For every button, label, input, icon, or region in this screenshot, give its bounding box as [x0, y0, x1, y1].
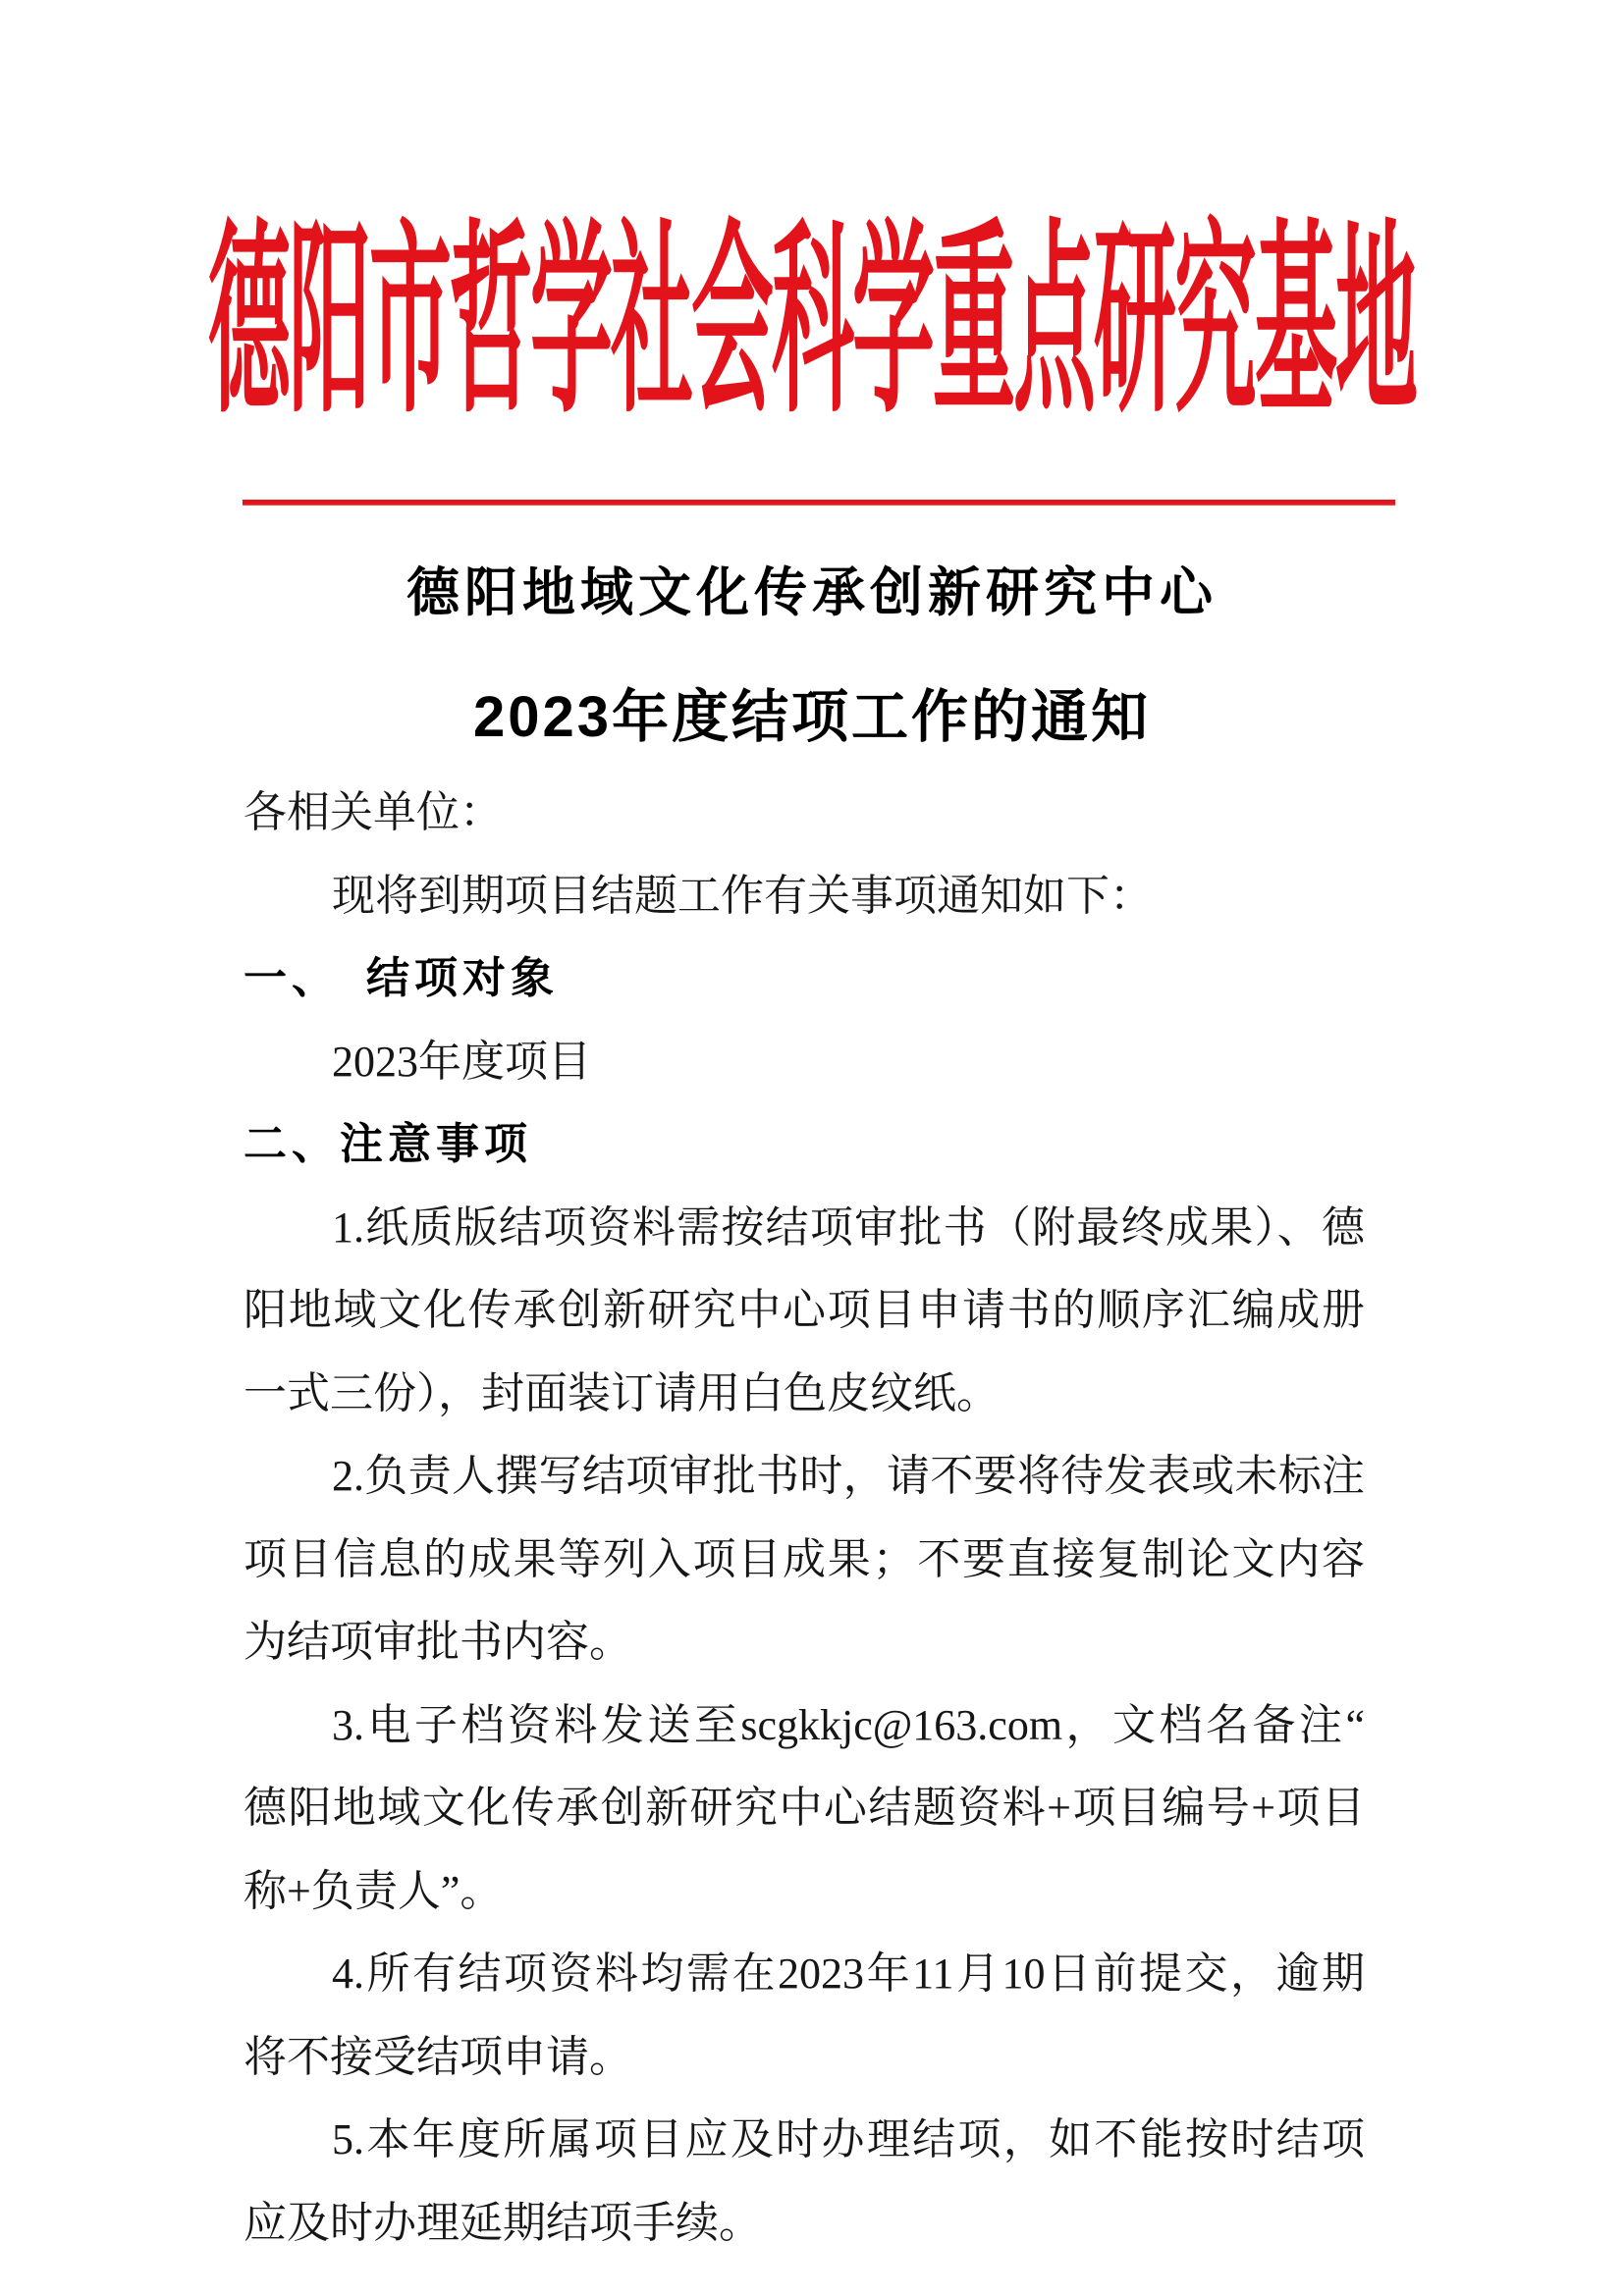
- item2-line3: 为结项审批书内容。: [244, 1601, 1365, 1684]
- item2-line2: 项目信息的成果等列入项目成果；不要直接复制论文内容作: [244, 1519, 1365, 1602]
- item1-line3: 一式三份），封面装订请用白色皮纹纸。: [244, 1353, 1365, 1436]
- notice-title-line1: 德阳地域文化传承创新研究中心: [0, 565, 1624, 620]
- organization-banner: 德阳市哲学社会科学重点研究基地: [0, 218, 1624, 424]
- item5-line1: 5.本年度所属项目应及时办理结项，如不能按时结项的，: [244, 2099, 1365, 2182]
- item1-line2: 阳地域文化传承创新研究中心项目申请书的顺序汇编成册（: [244, 1269, 1365, 1353]
- item4-line2: 将不接受结项申请。: [244, 2016, 1365, 2100]
- document-page: 德阳市哲学社会科学重点研究基地 德阳地域文化传承创新研究中心 2023年度结项工…: [0, 0, 1624, 2296]
- item1-line1: 1.纸质版结项资料需按结项审批书（附最终成果）、德: [244, 1187, 1365, 1270]
- item4-line1: 4.所有结项资料均需在2023年11月10日前提交，逾期: [244, 1933, 1365, 2016]
- section1-content: 2023年度项目: [244, 1021, 1365, 1104]
- item3-line1: 3.电子档资料发送至scgkkjc@163.com，文档名备注“: [244, 1684, 1365, 1768]
- notice-body: 各相关单位： 现将到期项目结题工作有关事项通知如下： 一、 结项对象 2023年…: [244, 772, 1365, 2265]
- section1-heading: 一、 结项对象: [244, 937, 1365, 1021]
- item5-line2: 应及时办理延期结项手续。: [244, 2182, 1365, 2266]
- item3-line3: 称+负责人”。: [244, 1850, 1365, 1934]
- red-divider-line: [243, 500, 1395, 506]
- section2-heading: 二、注意事项: [244, 1103, 1365, 1187]
- item3-line2: 德阳地域文化传承创新研究中心结题资料+项目编号+项目名: [244, 1767, 1365, 1850]
- intro-line: 现将到期项目结题工作有关事项通知如下：: [244, 855, 1365, 938]
- salutation-line: 各相关单位：: [244, 772, 1365, 855]
- notice-title-line2: 2023年度结项工作的通知: [0, 687, 1624, 748]
- item2-line1: 2.负责人撰写结项审批书时，请不要将待发表或未标注: [244, 1435, 1365, 1519]
